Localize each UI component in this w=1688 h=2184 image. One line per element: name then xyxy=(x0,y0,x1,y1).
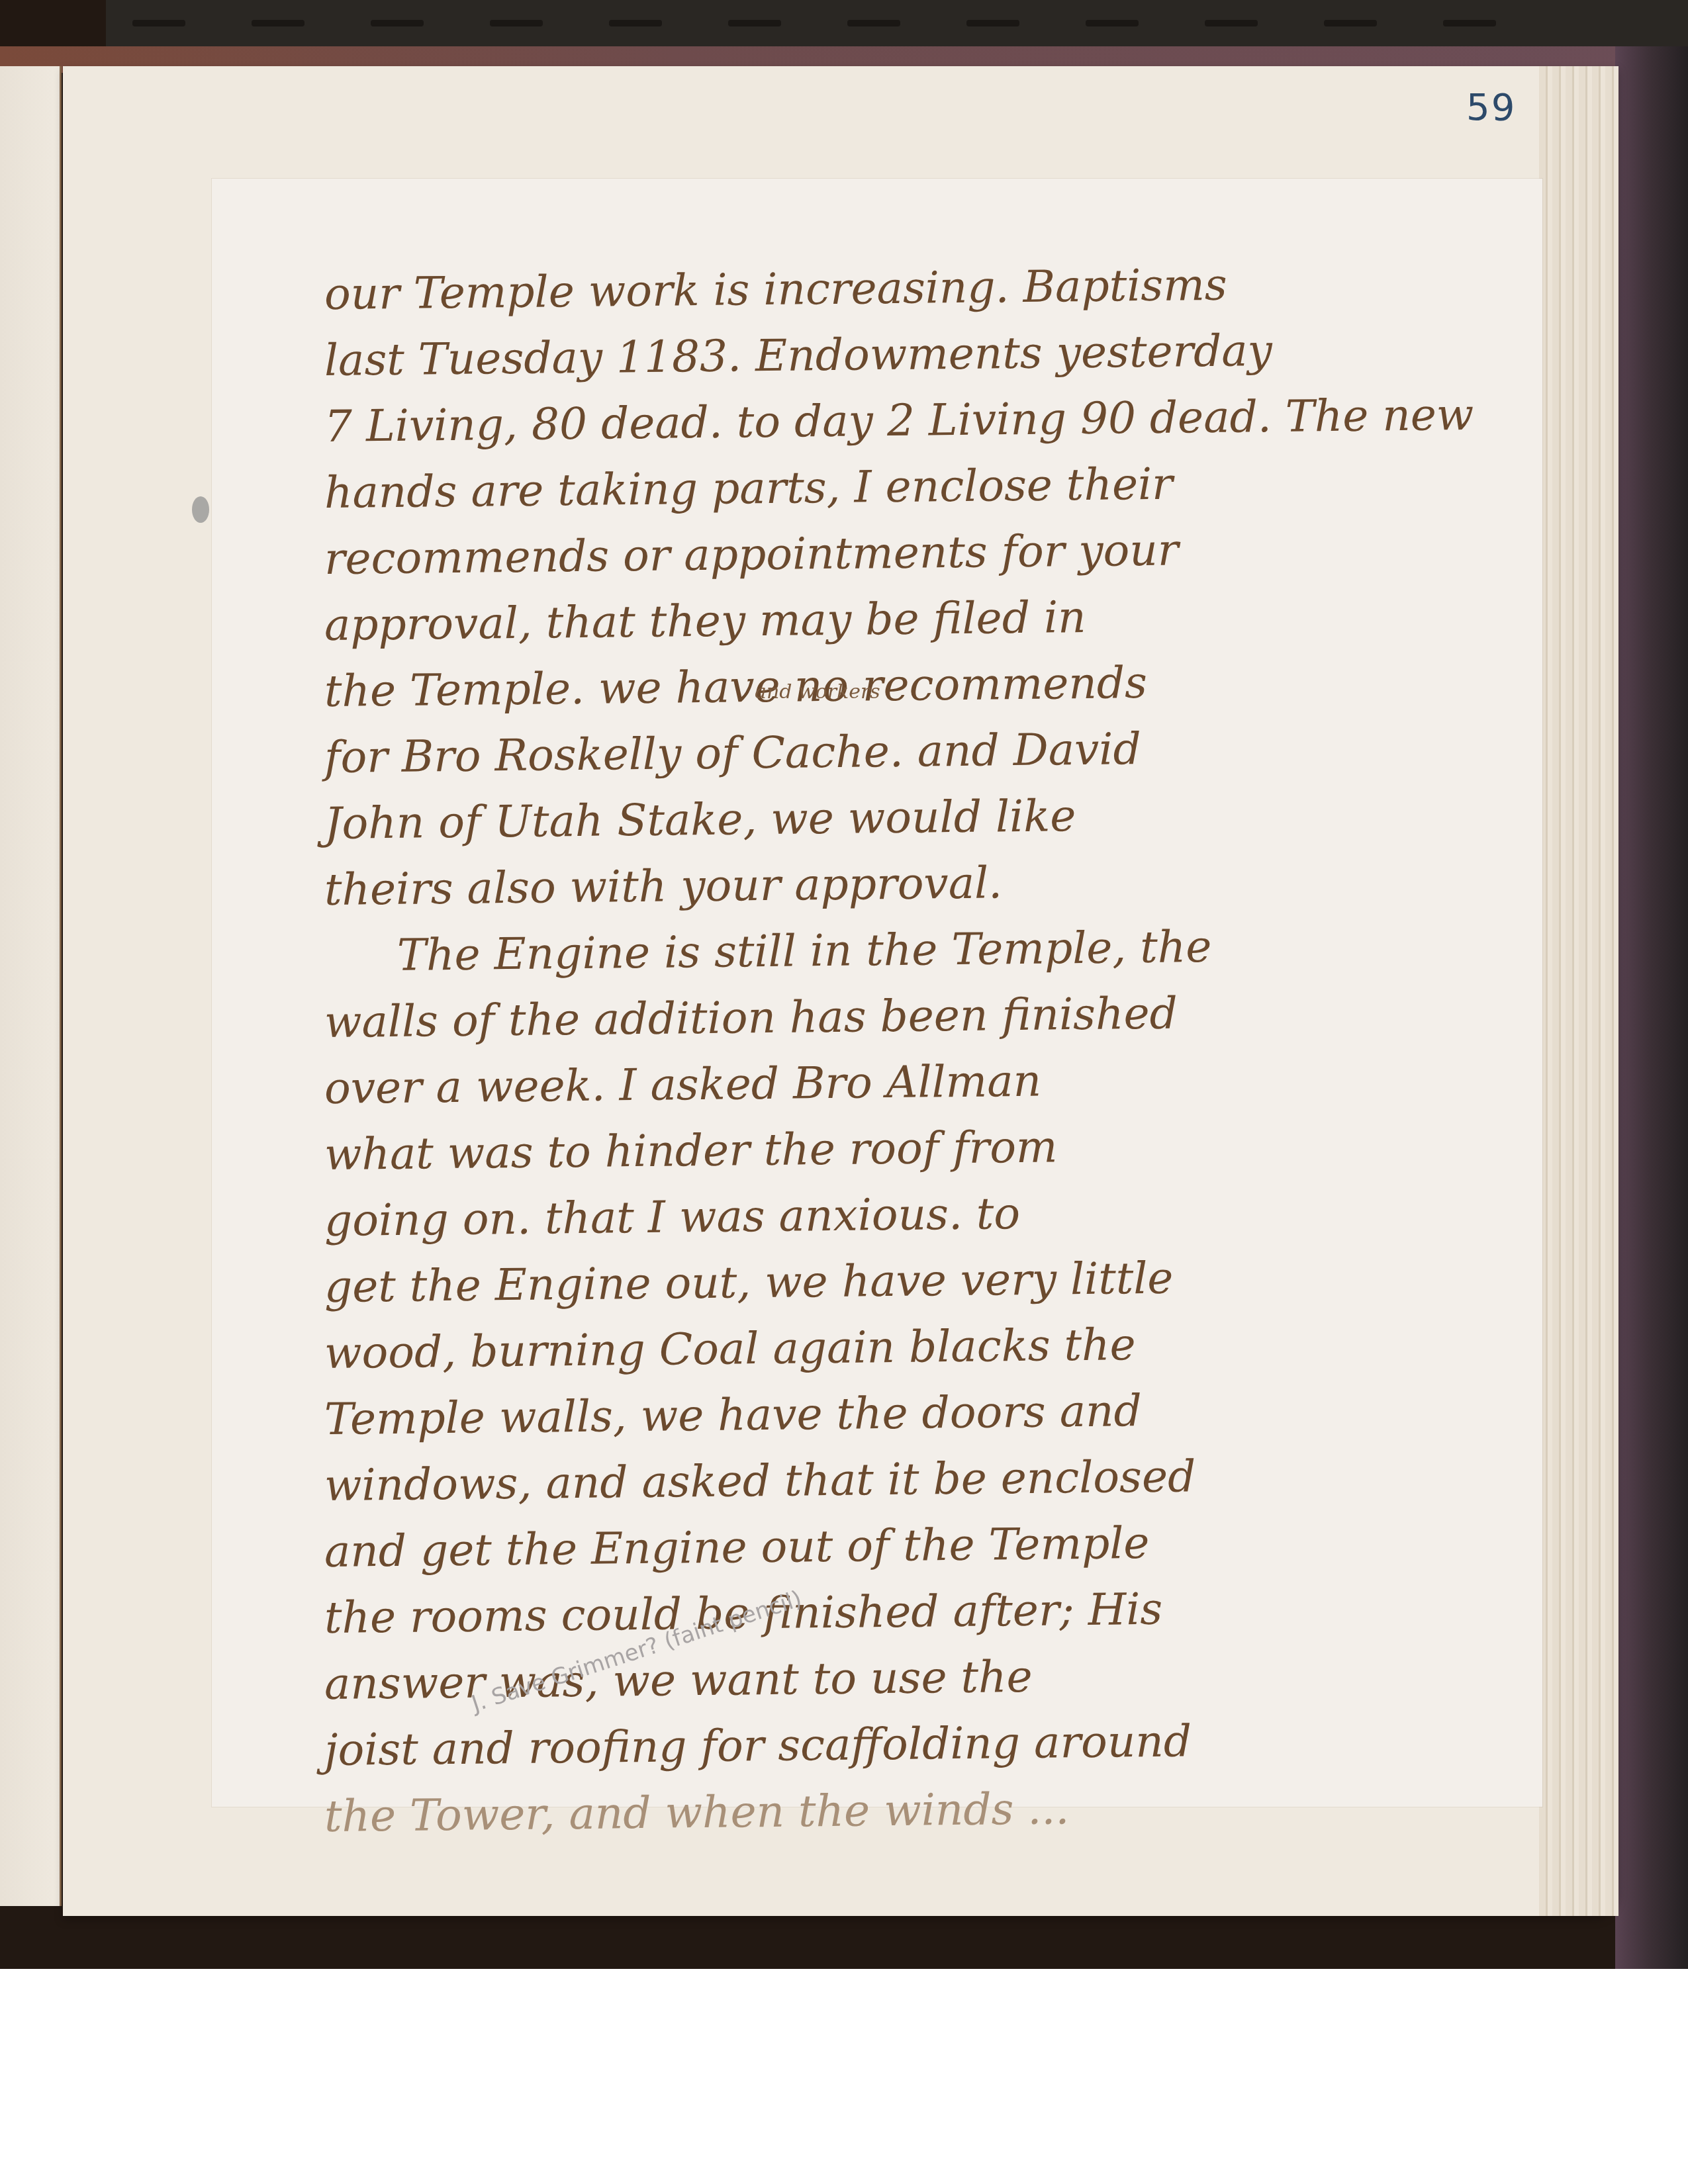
dash-mark xyxy=(609,20,662,26)
text-line: over a week. I asked Bro Allman xyxy=(324,1044,1483,1122)
text-line: joist and roofing for scaffolding around xyxy=(324,1706,1483,1784)
text-line: our Temple work is increasing. Baptisms xyxy=(324,250,1483,328)
text-line: the Tower, and when the winds ... xyxy=(324,1772,1483,1850)
top-background-strip xyxy=(106,0,1688,46)
dash-mark xyxy=(1324,20,1377,26)
ink-blot xyxy=(192,496,209,523)
text-line: for Bro Roskelly of Cache. and David xyxy=(324,713,1483,791)
dash-mark xyxy=(490,20,543,26)
dash-mark xyxy=(1443,20,1496,26)
text-line: and get the Engine out of the Temple xyxy=(324,1507,1483,1585)
dash-mark xyxy=(728,20,781,26)
dash-mark xyxy=(1205,20,1258,26)
text-line: what was to hinder the roof from xyxy=(324,1110,1483,1188)
dash-mark xyxy=(966,20,1019,26)
text-line: get the Engine out, we have very little xyxy=(324,1242,1483,1320)
page-number: 59 xyxy=(1466,86,1516,129)
interlinear-insertion: and workers xyxy=(755,680,880,704)
text-line: approval, that they may be filed in xyxy=(324,580,1483,659)
text-line: the rooms could be finished after; His xyxy=(324,1573,1483,1651)
page-stack-edges xyxy=(1539,66,1618,1916)
text-line: last Tuesday 1183. Endowments yesterday xyxy=(324,316,1483,394)
text-line: going on. that I was anxious. to xyxy=(324,1176,1483,1254)
text-line: hands are taking parts, I enclose their xyxy=(324,448,1483,526)
dash-mark xyxy=(371,20,424,26)
text-line: the Temple. we have no recommends xyxy=(324,647,1483,725)
book-scan: 59 our Temple work is increasing. Baptis… xyxy=(0,0,1688,1969)
text-line: theirs also with your approval. xyxy=(324,845,1483,923)
book-cover-right xyxy=(1615,46,1688,1969)
text-line: John of Utah Stake, we would like xyxy=(324,779,1483,857)
text-line: Temple walls, we have the doors and xyxy=(324,1375,1483,1453)
left-page-edge xyxy=(0,66,62,1906)
text-line: wood, burning Coal again blacks the xyxy=(324,1308,1483,1387)
dash-mark xyxy=(252,20,305,26)
text-line: walls of the addition has been finished xyxy=(324,978,1483,1056)
handwritten-text: our Temple work is increasing. Baptisms … xyxy=(324,261,1483,1850)
dash-mark xyxy=(847,20,900,26)
text-line: recommends or appointments for your xyxy=(324,514,1483,592)
text-line: The Engine is still in the Temple, the xyxy=(324,911,1483,989)
dash-mark xyxy=(132,20,185,26)
text-line: windows, and asked that it be enclosed xyxy=(324,1441,1483,1519)
dash-mark xyxy=(1086,20,1139,26)
text-line: 7 Living, 80 dead. to day 2 Living 90 de… xyxy=(324,382,1483,460)
